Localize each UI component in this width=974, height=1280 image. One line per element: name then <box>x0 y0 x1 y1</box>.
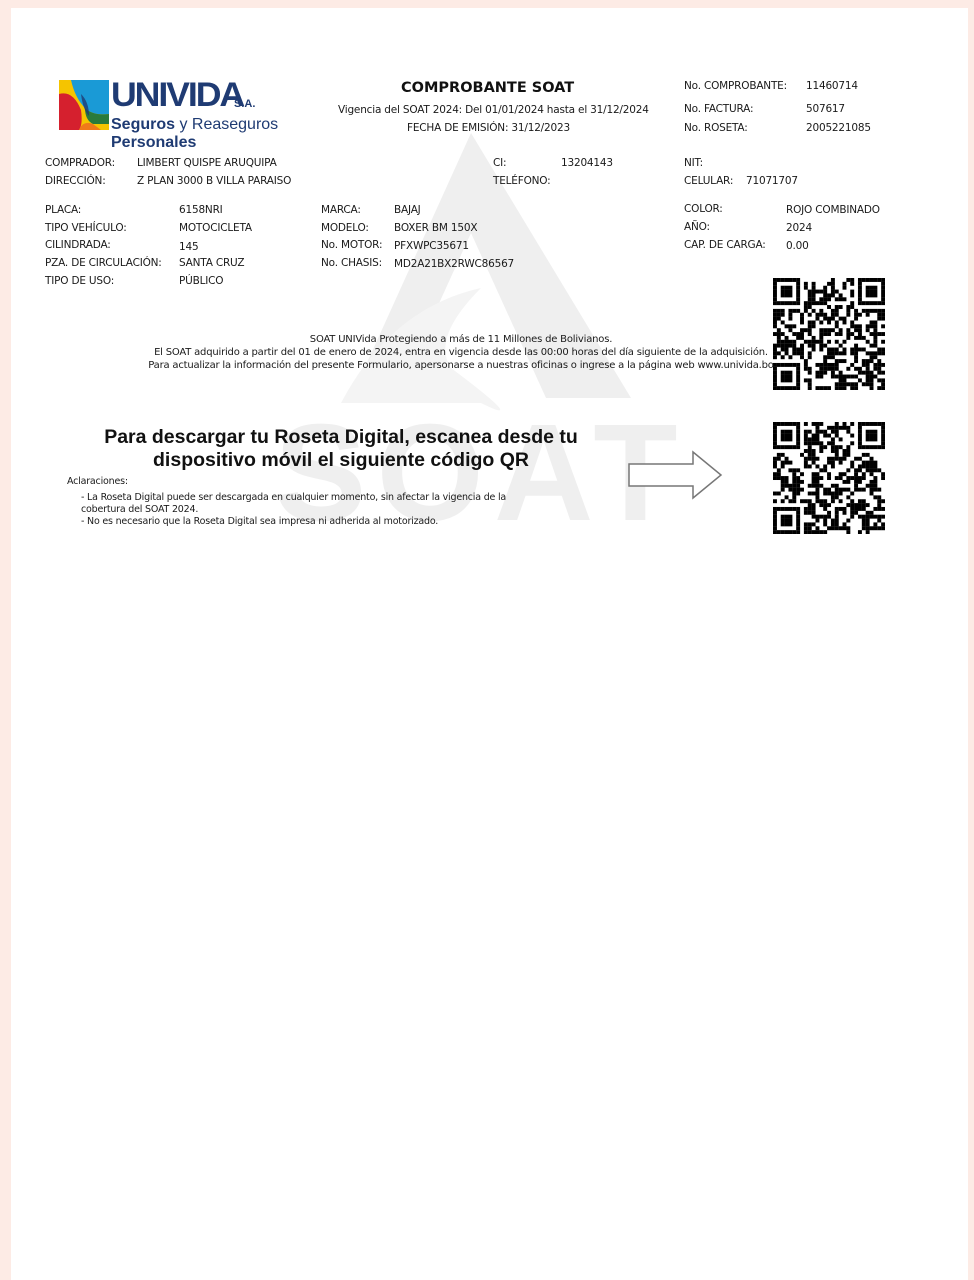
cilindrada-value: 145 <box>179 241 198 253</box>
carga-value: 0.00 <box>786 240 809 252</box>
anio-value: 2024 <box>786 222 812 234</box>
logo-brand: UNIVIDA <box>111 76 243 115</box>
marca-value: BAJAJ <box>394 204 421 216</box>
aclaracion-1-line-2: cobertura del SOAT 2024. <box>81 504 198 515</box>
circulacion-label: PZA. DE CIRCULACIÓN: <box>45 257 162 269</box>
vigencia-text: Vigencia del SOAT 2024: Del 01/01/2024 h… <box>338 104 649 116</box>
notice-line-1: SOAT UNIVida Protegiendo a más de 11 Mil… <box>91 334 831 345</box>
carga-label: CAP. DE CARGA: <box>684 239 766 251</box>
univida-logo: UNIVIDA S.A. Seguros y Reaseguros Person… <box>59 74 289 154</box>
comprador-label: COMPRADOR: <box>45 157 115 169</box>
aclaracion-1-line-1: - La Roseta Digital puede ser descargada… <box>81 492 506 503</box>
chasis-value: MD2A21BX2RWC86567 <box>394 258 514 270</box>
notice-line-3: Para actualizar la información del prese… <box>91 360 831 371</box>
cilindrada-label: CILINDRADA: <box>45 239 111 251</box>
placa-label: PLACA: <box>45 204 81 216</box>
ci-label: CI: <box>493 157 506 169</box>
aclaracion-2: - No es necesario que la Roseta Digital … <box>81 516 438 527</box>
comprobante-label: No. COMPROBANTE: <box>684 80 787 92</box>
telefono-label: TELÉFONO: <box>493 175 551 187</box>
celular-value: 71071707 <box>746 175 798 187</box>
modelo-label: MODELO: <box>321 222 369 234</box>
color-label: COLOR: <box>684 203 723 215</box>
univida-logo-mark-icon <box>59 80 109 130</box>
marca-label: MARCA: <box>321 204 361 216</box>
anio-label: AÑO: <box>684 221 710 233</box>
tipo-vehiculo-value: MOTOCICLETA <box>179 222 252 234</box>
qr-code-icon <box>773 422 885 534</box>
nit-label: NIT: <box>684 157 703 169</box>
factura-value: 507617 <box>806 103 845 115</box>
chasis-label: No. CHASIS: <box>321 257 382 269</box>
roseta-heading-line-1: Para descargar tu Roseta Digital, escane… <box>71 426 611 449</box>
fecha-emision: FECHA DE EMISIÓN: 31/12/2023 <box>407 122 570 134</box>
roseta-heading-line-2: dispositivo móvil el siguiente código QR <box>71 449 611 472</box>
placa-value: 6158NRI <box>179 204 223 216</box>
celular-label: CELULAR: <box>684 175 733 187</box>
factura-label: No. FACTURA: <box>684 103 753 115</box>
document-title: COMPROBANTE SOAT <box>401 80 574 96</box>
tipo-uso-value: PÚBLICO <box>179 275 223 287</box>
notice-line-2: El SOAT adquirido a partir del 01 de ene… <box>91 347 831 358</box>
modelo-value: BOXER BM 150X <box>394 222 477 234</box>
color-value: ROJO COMBINADO <box>786 204 880 216</box>
comprador-value: LIMBERT QUISPE ARUQUIPA <box>137 157 277 169</box>
logo-subtitle: Seguros y Reaseguros <box>111 116 278 134</box>
direccion-value: Z PLAN 3000 B VILLA PARAISO <box>137 175 291 187</box>
ci-value: 13204143 <box>561 157 613 169</box>
motor-value: PFXWPC35671 <box>394 240 469 252</box>
roseta-value: 2005221085 <box>806 122 871 134</box>
tipo-uso-label: TIPO DE USO: <box>45 275 114 287</box>
motor-label: No. MOTOR: <box>321 239 382 251</box>
aclaraciones-label: Aclaraciones: <box>67 476 128 487</box>
logo-subtitle-line2: Personales <box>111 134 196 152</box>
logo-suffix: S.A. <box>234 98 255 110</box>
arrow-right-outline-icon <box>627 450 723 500</box>
circulacion-value: SANTA CRUZ <box>179 257 244 269</box>
comprobante-value: 11460714 <box>806 80 858 92</box>
tipo-vehiculo-label: TIPO VEHÍCULO: <box>45 222 127 234</box>
direccion-label: DIRECCIÓN: <box>45 175 106 187</box>
roseta-label: No. ROSETA: <box>684 122 748 134</box>
soat-document: SOAT UNIVIDA S.A. Seguros y Reaseguros P… <box>11 8 968 1280</box>
